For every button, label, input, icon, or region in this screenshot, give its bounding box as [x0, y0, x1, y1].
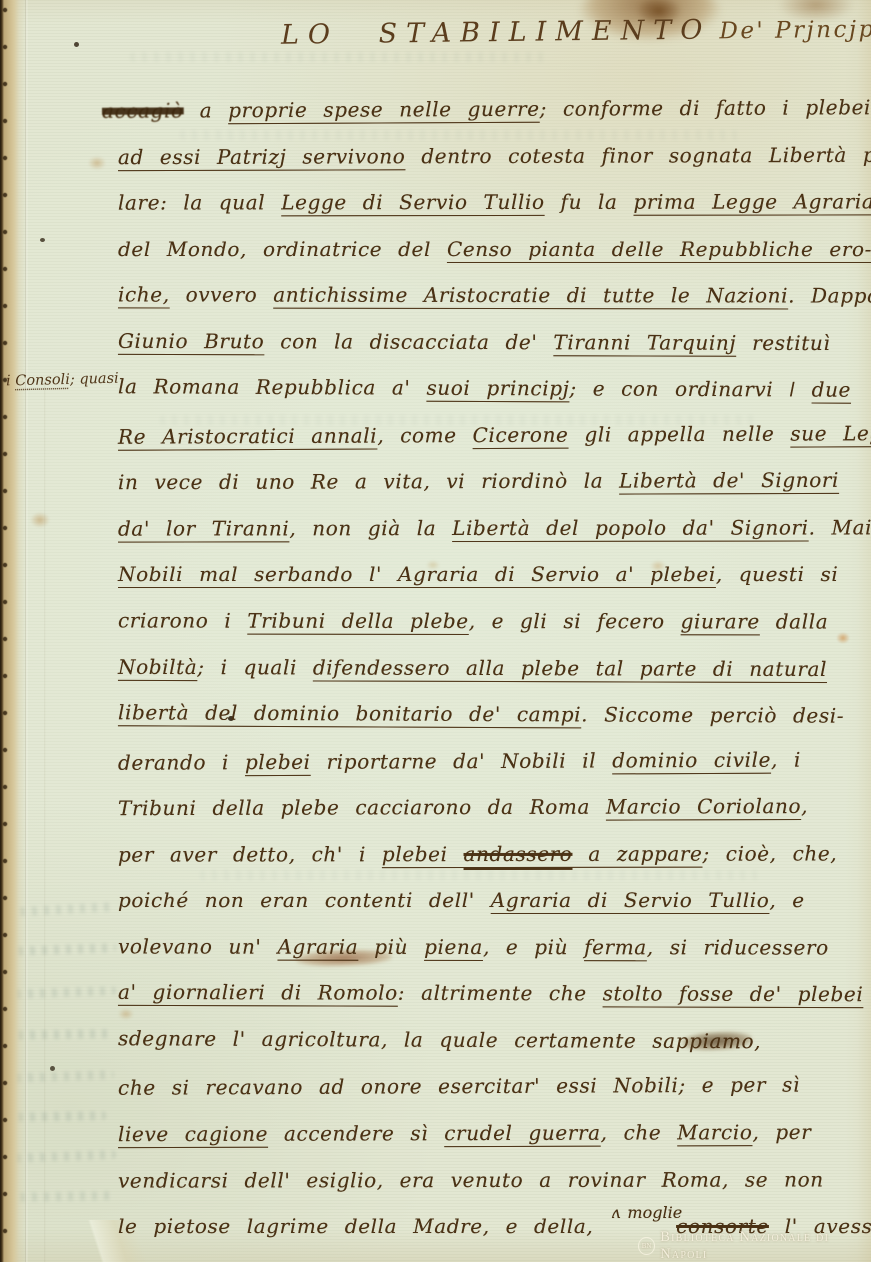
ink-dot — [50, 1066, 55, 1071]
text-segment: Consoli — [15, 372, 70, 389]
text-segment: per aver detto, ch' i — [118, 842, 382, 866]
text-segment: Tiranni Tarquinj — [553, 330, 736, 355]
text-segment: ad essi Patrizj servivono — [118, 144, 405, 169]
text-segment: da' lor Tiranni — [118, 516, 289, 540]
text-segment: dalla — [760, 609, 828, 633]
text-segment: lare: la qual — [118, 190, 281, 214]
text-segment: vendicarsi dell' esiglio, era venuto a r… — [118, 1167, 824, 1192]
text-segment: ; conforme di fatto i plebei — [540, 95, 871, 121]
text-segment: suoi principj — [426, 376, 569, 401]
text-segment: Agraria di Servio Tullio — [491, 888, 770, 912]
text-segment: ; i quali — [197, 655, 313, 679]
manuscript-line: lare: la qual Legge di Servio Tullio fu … — [118, 179, 862, 227]
text-segment: fu la — [545, 190, 634, 214]
text-segment: , i — [771, 747, 801, 771]
text-segment: giurare — [681, 609, 760, 633]
text-segment: Marcio Coriolano — [606, 794, 801, 819]
text-segment: poiché non eran contenti dell' — [118, 888, 491, 912]
text-segment: la Romana Repubblica a' — [118, 375, 427, 400]
manuscript-line: vendicarsi dell' esiglio, era venuto a r… — [118, 1156, 862, 1204]
text-segment: ferma — [584, 935, 647, 959]
library-watermark-label: Biblioteca Nazionale di Napoli — [660, 1229, 871, 1262]
text-segment: , e — [769, 888, 804, 912]
manuscript-line: per aver detto, ch' i plebei andassero a… — [118, 830, 862, 878]
text-segment: Re Aristocratici annali — [118, 423, 377, 448]
text-segment: crudel guerra — [444, 1121, 600, 1145]
text-segment: due — [812, 378, 851, 402]
manuscript-line: Nobili mal serbando l' Agraria di Servio… — [118, 551, 862, 598]
text-segment: ovvero — [170, 283, 274, 307]
manuscript-line: derando i plebei riportarne da' Nobili i… — [118, 736, 862, 786]
text-segment: difendessero alla plebe tal parte di nat… — [313, 655, 827, 681]
text-segment: . Siccome perciò desi- — [581, 703, 844, 728]
page-title-script: De' Prjncjpj. — [719, 16, 871, 44]
manuscript-line: Nobiltà; i quali difendessero alla plebe… — [118, 643, 862, 692]
bleedthrough-ghost-text — [130, 52, 550, 62]
foxing-spot — [88, 156, 106, 170]
text-segment: a zappare — [572, 841, 702, 865]
text-segment: più — [358, 935, 424, 959]
text-segment: , — [801, 794, 808, 818]
text-segment: , come — [377, 423, 472, 447]
manuscript-line: libertà del dominio bonitario de' campi.… — [118, 689, 862, 739]
text-segment: sdegnare l' agricoltura, la quale certam… — [118, 1026, 761, 1053]
text-segment: Tribuni della plebe cacciarono da Roma — [118, 795, 606, 821]
text-segment: . Mai — [809, 515, 871, 539]
text-segment: con la discacciata de' — [264, 329, 553, 354]
text-segment: ; quasi — [70, 371, 119, 388]
text-segment: Nobiltà — [118, 654, 197, 678]
margin-note: i Consoli; quasi — [6, 371, 122, 390]
text-segment: volevano un' — [118, 934, 278, 958]
text-segment: lieve cagione — [118, 1122, 268, 1146]
text-segment: Tribuni della plebe — [247, 609, 468, 633]
manuscript-line: iche, ovvero antichissime Aristocratie d… — [118, 272, 862, 320]
text-segment: Marcio — [677, 1120, 752, 1144]
text-segment: iche, — [118, 283, 170, 307]
manuscript-line: in vece di uno Re a vita, vi riordinò la… — [118, 457, 862, 506]
text-segment: accendere sì — [268, 1121, 444, 1146]
text-segment: stolto fosse de' plebei — [603, 982, 864, 1007]
text-segment: in vece di uno Re a vita, vi riordinò la — [118, 469, 619, 495]
text-segment: , e più — [483, 935, 584, 959]
ink-dot — [40, 238, 45, 242]
text-segment: Legge di Servio Tullio — [281, 190, 544, 214]
text-segment: , non già la — [289, 516, 452, 540]
stitch-marks — [2, 0, 10, 1262]
paper-crease — [25, 0, 28, 1262]
text-segment: Giunio Bruto — [118, 329, 264, 353]
text-segment: criarono i — [118, 608, 247, 632]
manuscript-line: a' giornalieri di Romolo: altrimente che… — [118, 969, 862, 1018]
text-segment: , che — [601, 1120, 678, 1144]
manuscript-line: lieve cagione accendere sì crudel guerra… — [118, 1109, 862, 1158]
manuscript-line: volevano un' Agraria più piena, e più fe… — [118, 923, 862, 971]
manuscript-line: ad essi Patrizj servivono dentro cotesta… — [118, 131, 862, 180]
text-segment: Nobili mal serbando l' Agraria di Servio… — [118, 562, 716, 586]
text-segment: : altrimente che — [398, 981, 603, 1006]
text-segment: plebei — [245, 750, 311, 774]
text-segment: del Mondo, ordinatrice del — [118, 237, 447, 261]
page-title-caps: LO STABILIMENTO — [281, 14, 712, 50]
text-segment: Libertà de' Signori — [619, 468, 839, 493]
library-logo-icon: BN — [638, 1237, 655, 1255]
library-watermark: BN Biblioteca Nazionale di Napoli — [638, 1229, 871, 1262]
text-segment: piena — [424, 935, 483, 959]
text-segment: prima Legge Agraria — [633, 189, 871, 213]
text-segment: restituì — [736, 331, 830, 355]
text-segment: , e gli si fecero — [469, 609, 681, 633]
text-segment: Libertà del popolo da' Signori — [452, 515, 808, 540]
text-segment: antichissime Aristocratie di tutte le Na… — [273, 283, 788, 308]
text-segment: accagiò — [102, 98, 184, 122]
text-segment: dominio civile — [612, 747, 771, 772]
manuscript-line: sdegnare l' agricoltura, la quale certam… — [118, 1015, 862, 1065]
text-segment: sue Leggi — [790, 421, 871, 446]
page-title: LO STABILIMENTODe' Prjncjpj. — [281, 12, 871, 51]
manuscript-line: criarono i Tribuni della plebe, e gli si… — [118, 597, 862, 645]
manuscript-line: del Mondo, ordinatrice del Censo pianta … — [118, 226, 862, 273]
manuscript-line: Tribuni della plebe cacciarono da Roma M… — [118, 783, 862, 832]
text-segment: , per — [752, 1120, 811, 1144]
text-segment: . Dappoi — [788, 284, 871, 308]
manuscript-line: accagiò a proprie spese nelle guerre; co… — [102, 84, 862, 134]
text-segment: riportarne da' Nobili il — [311, 748, 613, 773]
text-segment: derando i — [118, 750, 245, 775]
foxing-spot — [30, 512, 50, 528]
text-segment: le pietose lagrime della Madre, e della, — [118, 1214, 609, 1238]
text-segment: Cicerone — [473, 422, 569, 446]
text-segment: che si recavano ad onore esercitar' essi… — [118, 1073, 800, 1100]
manuscript-text: accagiò a proprie spese nelle guerre; co… — [118, 86, 862, 1250]
manuscript-line: Re Aristocratici annali, come Cicerone g… — [118, 410, 862, 460]
manuscript-line: la Romana Repubblica a' suoi principj; e… — [118, 364, 862, 414]
text-segment: Agraria — [277, 935, 358, 959]
manuscript-line: che si recavano ad onore esercitar' essi… — [118, 1062, 862, 1112]
text-segment: gli appella nelle — [568, 421, 790, 446]
text-segment: a — [184, 98, 229, 122]
text-segment: a' giornalieri di Romolo — [118, 980, 398, 1005]
manuscript-page: LO STABILIMENTODe' Prjncjpj. i Consoli; … — [0, 0, 871, 1262]
text-segment: proprie spese nelle guerre — [228, 97, 540, 122]
manuscript-line: poiché non eran contenti dell' Agraria d… — [118, 877, 862, 924]
text-segment: ; e con ordinarvi ǀ — [569, 377, 811, 402]
text-segment: plebei — [382, 842, 464, 866]
text-segment: , si riducessero — [647, 935, 829, 959]
text-segment: dentro cotesta finor sognata Libertà pop… — [405, 142, 871, 168]
manuscript-line: da' lor Tiranni, non già la Libertà del … — [118, 504, 862, 552]
paper-crease — [44, 380, 46, 1262]
text-segment: ; cioè, che, — [702, 841, 837, 865]
text-segment: Censo pianta delle Repubbliche ero- — [447, 237, 871, 261]
text-segment: andassero — [464, 842, 573, 866]
text-segment: libertà del dominio bonitario de' campi — [118, 700, 581, 726]
text-segment: , questi si — [716, 562, 839, 586]
ink-dot — [74, 42, 79, 47]
manuscript-line: Giunio Bruto con la discacciata de' Tira… — [118, 318, 862, 367]
